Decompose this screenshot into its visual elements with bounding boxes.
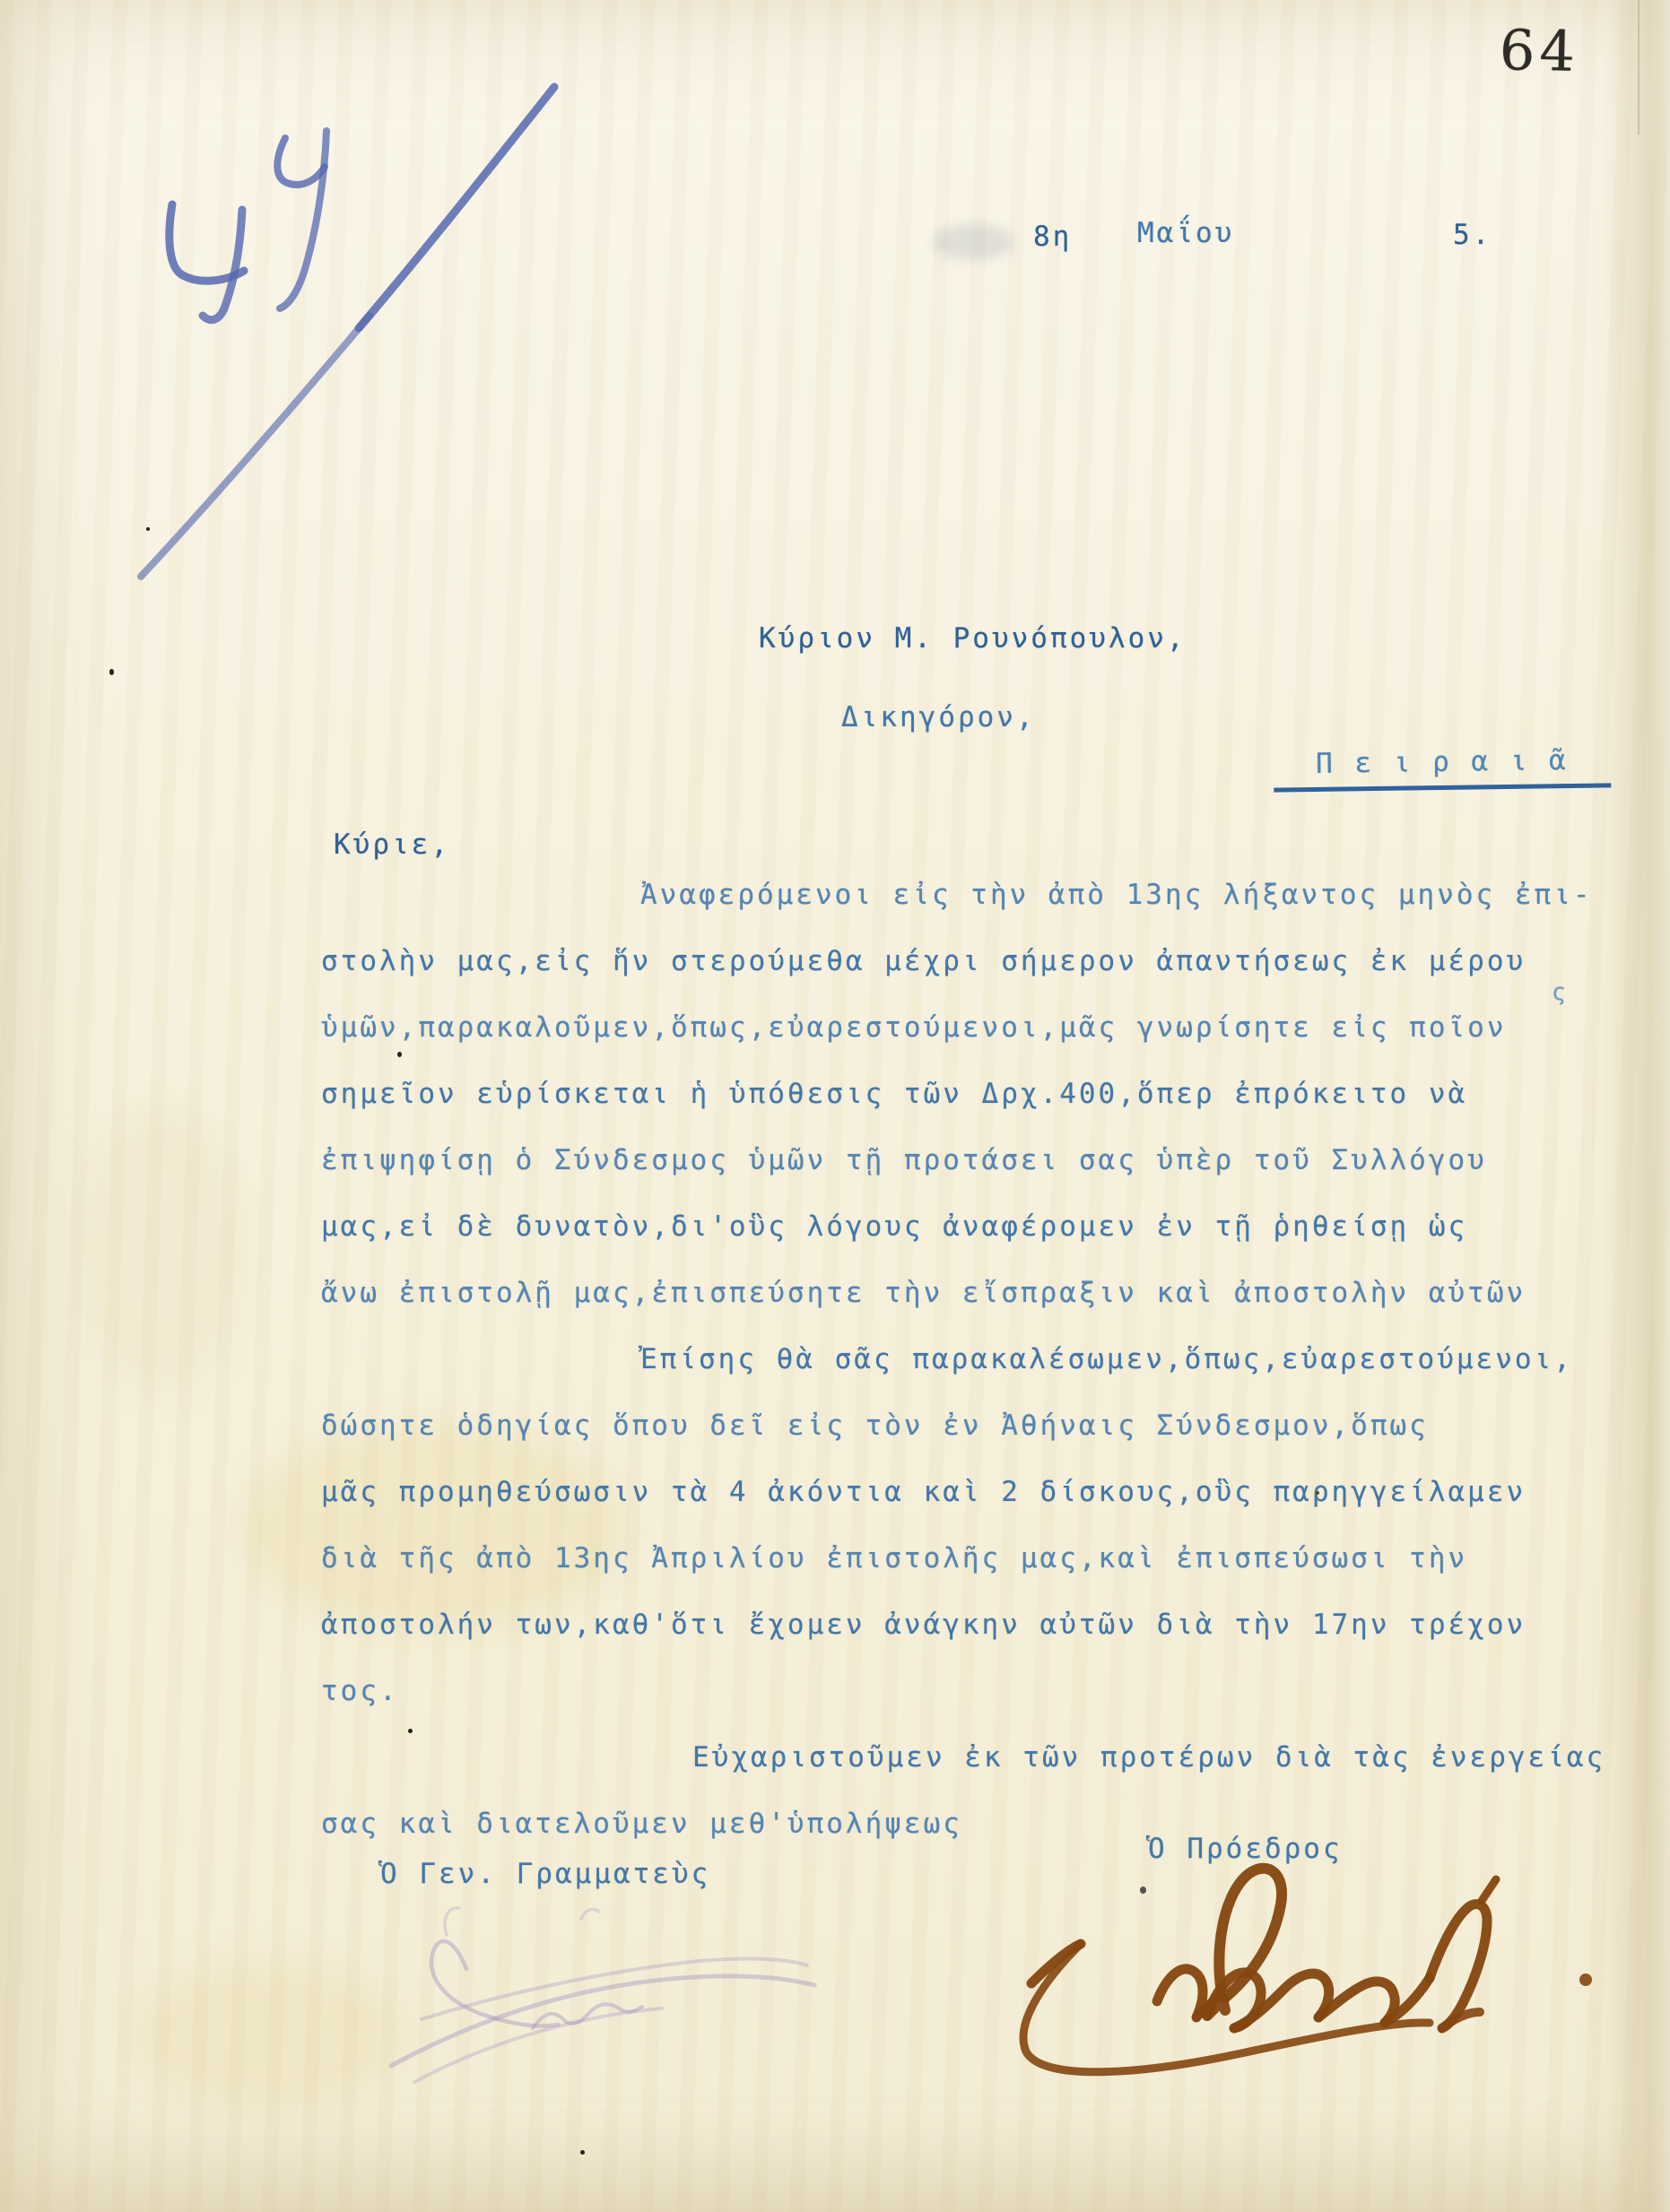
- body-line: διὰ τῆς ἀπὸ 13ης Ἀπριλίου ἐπιστολῆς μας,…: [321, 1542, 1467, 1574]
- ink-smudge: [933, 224, 1013, 260]
- ink-speck: [580, 2150, 585, 2155]
- paper-stain: [135, 1964, 404, 2107]
- paper-stain: [242, 1426, 628, 1632]
- ink-speck: [408, 1729, 413, 1733]
- body-line: Εὐχαριστοῦμεν ἐκ τῶν προτέρων διὰ τὰς ἐν…: [692, 1741, 1605, 1774]
- recipient-city: Π ε ι ρ α ι ᾶ: [1316, 744, 1569, 780]
- body-line: στολὴν μας,εἰς ἥν στερούμεθα μέχρι σήμερ…: [321, 945, 1526, 977]
- body-line: σας καὶ διατελοῦμεν μεθ'ὑπολήψεως: [321, 1808, 962, 1840]
- body-line: Ἐπίσης θὰ σᾶς παρακαλέσωμεν,ὅπως,εὐαρεστ…: [640, 1343, 1573, 1375]
- ink-speck: [146, 527, 150, 531]
- ink-speck: [397, 1052, 402, 1057]
- body-line: μᾶς προμηθεύσωσιν τὰ 4 ἀκόντια καὶ 2 δίσ…: [321, 1476, 1526, 1508]
- date-month: Μαΐου: [1137, 217, 1234, 249]
- body-line: ἄνω ἐπιστολῇ μας,ἐπισπεύσητε τὴν εἴσπραξ…: [321, 1277, 1526, 1309]
- body-line: σημεῖον εὑρίσκεται ἡ ὑπόθεσις τῶν Δρχ.40…: [321, 1078, 1467, 1110]
- body-line: μας,εἰ δὲ δυνατὸν,δι'οὓς λόγους ἀναφέρομ…: [321, 1210, 1467, 1243]
- page-number-stamp: 64: [1499, 17, 1579, 84]
- body-line: Ἀναφερόμενοι εἰς τὴν ἀπὸ 13ης λήξαντος μ…: [640, 879, 1593, 911]
- president-title: Ὁ Πρόεδρος: [1148, 1833, 1343, 1865]
- letter-page: 64 8η Μαΐου 5. Κύριον Μ. Ρουνόπουλον, Δι…: [0, 0, 1670, 2212]
- paper-right-crease: [1605, 0, 1670, 2212]
- recipient-name: Κύριον Μ. Ρουνόπουλον,: [759, 622, 1187, 655]
- date-day: 8η: [1033, 221, 1072, 253]
- typed-correction-superscript: ς: [1552, 979, 1566, 1006]
- ink-speck: [1140, 1887, 1146, 1894]
- body-line: ἀποστολήν των,καθ'ὅτι ἔχομεν ἀνάγκην αὐτ…: [321, 1609, 1526, 1641]
- president-signature: [1023, 1869, 1592, 2072]
- paper-stain: [81, 1103, 242, 1390]
- paper-fold-line: [1638, 0, 1640, 134]
- ink-speck: [109, 669, 114, 675]
- recipient-title: Δικηγόρον,: [841, 701, 1036, 733]
- body-line: τος.: [321, 1675, 399, 1707]
- body-line: δώσητε ὁδηγίας ὅπου δεῖ εἰς τὸν ἐν Ἀθήνα…: [321, 1410, 1429, 1442]
- handwritten-44-mark: [141, 87, 554, 577]
- body-line: ὑμῶν,παρακαλοῦμεν,ὅπως,εὐαρεστούμενοι,μᾶ…: [321, 1011, 1506, 1044]
- salutation: Κύριε,: [334, 828, 450, 861]
- secretary-signature: [391, 1908, 814, 2082]
- body-line: ἐπιψηφίσῃ ὁ Σύνδεσμος ὑμῶν τῇ προτάσει σ…: [321, 1144, 1487, 1176]
- recipient-city-underlined: Π ε ι ρ α ι ᾶ: [1274, 743, 1612, 792]
- date-year: 5.: [1453, 219, 1492, 251]
- secretary-title: Ὁ Γεν. Γραμματεὺς: [380, 1858, 710, 1890]
